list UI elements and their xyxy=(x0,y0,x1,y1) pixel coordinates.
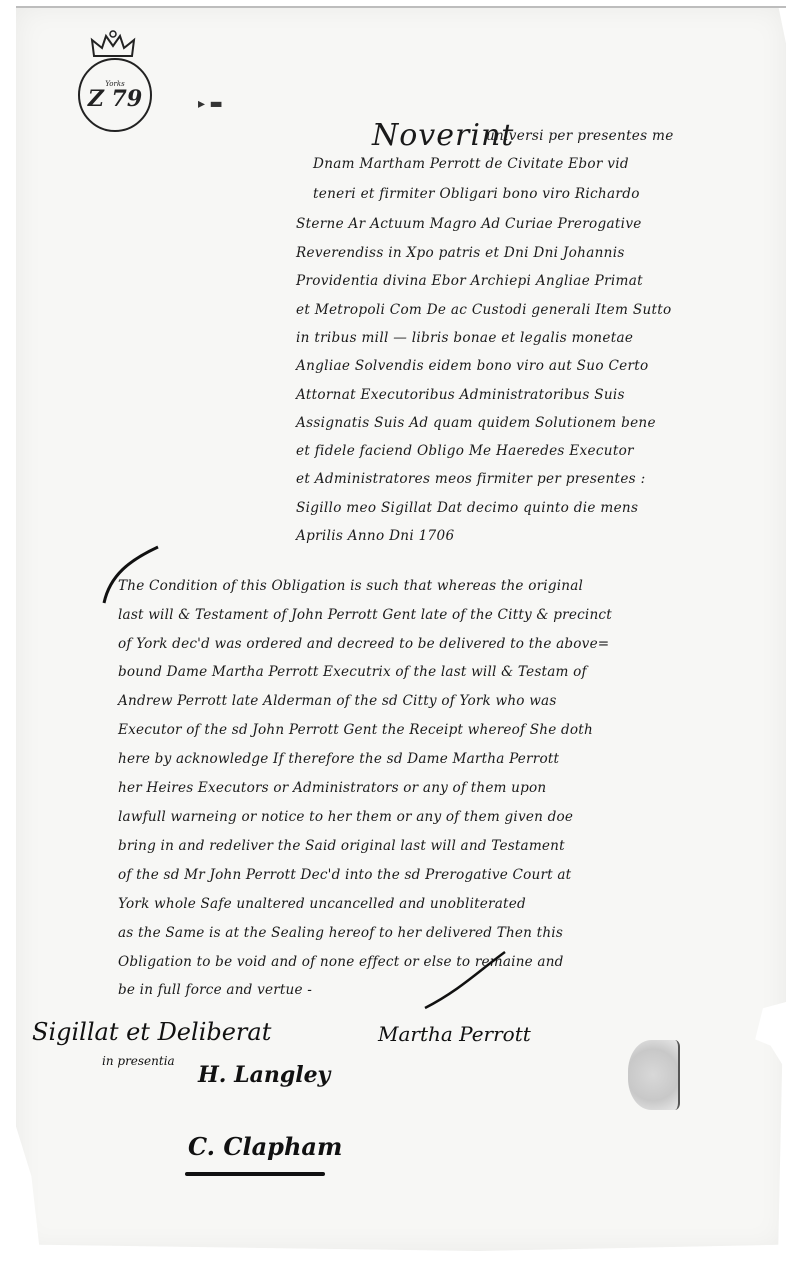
witness-signature: C. Clapham xyxy=(188,1132,342,1161)
stamp-text-main: Z 79 xyxy=(88,88,142,110)
wax-seal xyxy=(628,1040,680,1110)
latin-line: et Administratores meos firmiter per pre… xyxy=(296,471,645,487)
paper-top-edge xyxy=(16,6,786,8)
condition-line: lawfull warneing or notice to her them o… xyxy=(118,809,573,825)
latin-line: Reverendiss in Xpo patris et Dni Dni Joh… xyxy=(296,245,625,261)
latin-line: et fidele faciend Obligo Me Haeredes Exe… xyxy=(296,443,634,459)
latin-line: in tribus mill — libris bonae et legalis… xyxy=(296,330,633,346)
latin-line: Assignatis Suis Ad quam quidem Solutione… xyxy=(296,415,656,431)
signatory-signature: Martha Perrott xyxy=(378,1022,531,1046)
latin-line: et Metropoli Com De ac Custodi generali … xyxy=(296,302,672,318)
condition-line: Andrew Perrott late Alderman of the sd C… xyxy=(118,693,557,709)
crown-icon xyxy=(90,30,136,60)
latin-line: Sterne Ar Actuum Magro Ad Curiae Preroga… xyxy=(296,216,642,232)
condition-line: here by acknowledge If therefore the sd … xyxy=(118,751,559,767)
latin-line-date: Aprilis Anno Dni 1706 xyxy=(296,528,454,544)
condition-line: bring in and redeliver the Said original… xyxy=(118,838,565,854)
condition-line: as the Same is at the Sealing hereof to … xyxy=(118,925,563,941)
in-presence-label: in presentia xyxy=(102,1054,175,1068)
latin-line: Sigillo meo Sigillat Dat decimo quinto d… xyxy=(296,500,638,516)
revenue-stamp: Yorks Z 79 xyxy=(78,58,152,132)
ink-flourish xyxy=(420,950,510,1010)
latin-line: Providentia divina Ebor Archiepi Angliae… xyxy=(296,273,643,289)
condition-line: her Heires Executors or Administrators o… xyxy=(118,780,546,796)
sealed-delivered-label: Sigillat et Deliberat xyxy=(32,1018,271,1046)
condition-line: bound Dame Martha Perrott Executrix of t… xyxy=(118,664,587,680)
condition-line: of the sd Mr John Perrott Dec'd into the… xyxy=(118,867,571,883)
condition-line: The Condition of this Obligation is such… xyxy=(118,578,583,594)
latin-line: universi per presentes me xyxy=(486,128,674,144)
latin-line: teneri et firmiter Obligari bono viro Ri… xyxy=(313,186,640,202)
condition-line: York whole Safe unaltered uncancelled an… xyxy=(118,896,526,912)
condition-line: Executor of the sd John Perrott Gent the… xyxy=(118,722,593,738)
latin-line: Attornat Executoribus Administratoribus … xyxy=(296,387,625,403)
ink-flourish xyxy=(100,545,160,605)
condition-line: of York dec'd was ordered and decreed to… xyxy=(118,636,609,652)
latin-line: Angliae Solvendis eidem bono viro aut Su… xyxy=(296,358,649,374)
latin-line: Dnam Martham Perrott de Civitate Ebor vi… xyxy=(313,156,629,172)
signature-underline xyxy=(185,1172,325,1176)
witness-signature: H. Langley xyxy=(198,1062,330,1088)
ink-mark: ▸ ▬ xyxy=(198,96,223,112)
condition-line: be in full force and vertue - xyxy=(118,982,312,998)
condition-line: last will & Testament of John Perrott Ge… xyxy=(118,607,612,623)
